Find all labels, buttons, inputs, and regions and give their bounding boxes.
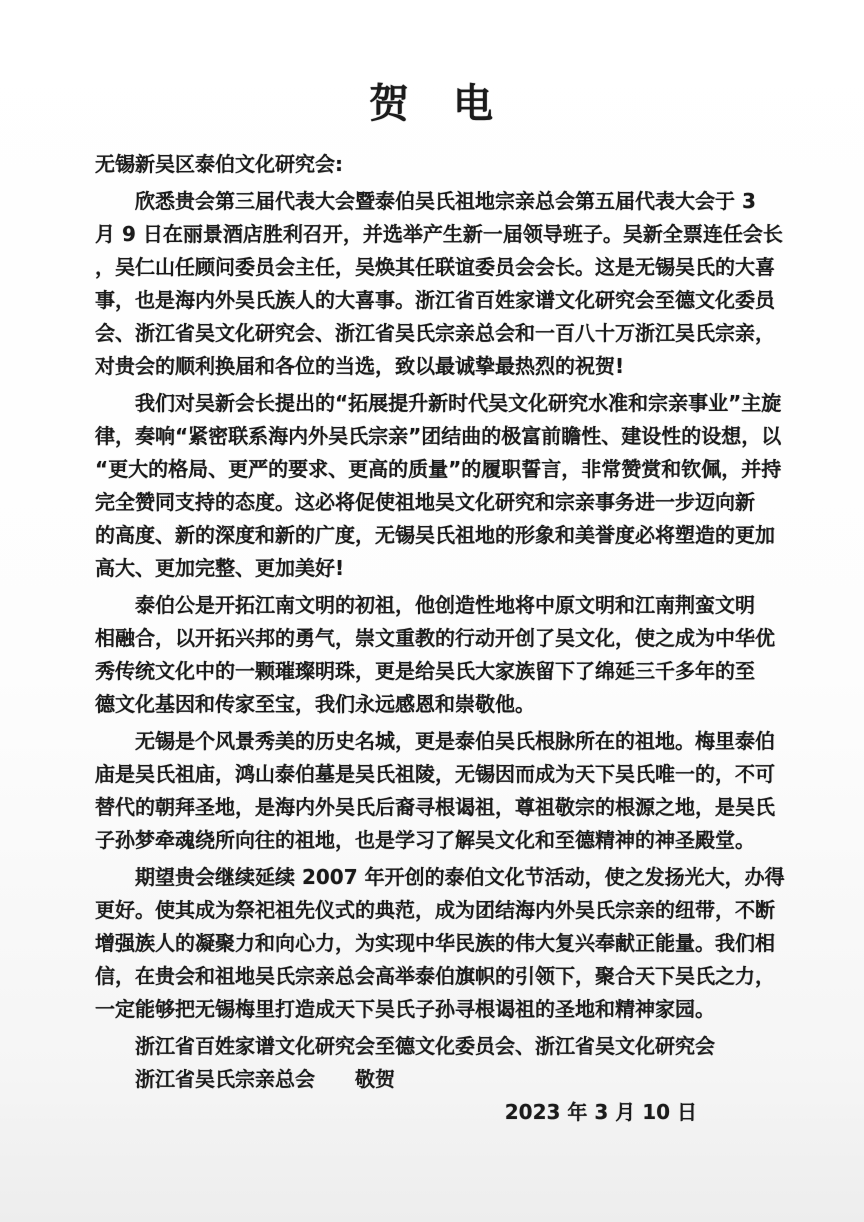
text-line: 一定能够把无锡梅里打造成天下吴氏子孙寻根谒祖的圣地和精神家园。 (95, 993, 776, 1026)
paragraph: 期望贵会继续延续 2007 年开创的泰伯文化节活动，使之发扬光大，办得更好。使其… (95, 861, 776, 1026)
text-line: 我们对吴新会长提出的“拓展提升新时代吴文化研究水准和宗亲事业”主旋 (95, 387, 776, 420)
text-line: “更大的格局、更严的要求、更高的质量”的履职誓言，非常赞赏和钦佩，并持 (95, 453, 776, 486)
salutation-line: 无锡新吴区泰伯文化研究会: (95, 148, 776, 181)
document-page: 贺 电 无锡新吴区泰伯文化研究会: 欣悉贵会第三届代表大会暨泰伯吴氏祖地宗亲总会… (0, 0, 864, 1222)
text-line: 德文化基因和传家至宝，我们永远感恩和崇敬他。 (95, 688, 776, 721)
date-line: 2023 年 3 月 10 日 (0, 1096, 864, 1129)
text-line: 月 9 日在丽景酒店胜利召开，并选举产生新一届领导班子。吴新全票连任会长 (95, 218, 776, 251)
document-content: 无锡新吴区泰伯文化研究会: 欣悉贵会第三届代表大会暨泰伯吴氏祖地宗亲总会第五届代… (95, 148, 776, 1096)
paragraph: 泰伯公是开拓江南文明的初祖，他创造性地将中原文明和江南荆蛮文明相融合，以开拓兴邦… (95, 589, 776, 721)
document-paragraphs: 欣悉贵会第三届代表大会暨泰伯吴氏祖地宗亲总会第五届代表大会于 3月 9 日在丽景… (95, 185, 776, 1026)
text-line: 欣悉贵会第三届代表大会暨泰伯吴氏祖地宗亲总会第五届代表大会于 3 (95, 185, 776, 218)
text-line: 替代的朝拜圣地，是海内外吴氏后裔寻根谒祖，尊祖敬宗的根源之地，是吴氏 (95, 791, 776, 824)
text-line: 期望贵会继续延续 2007 年开创的泰伯文化节活动，使之发扬光大，办得 (95, 861, 776, 894)
text-line: 高大、更加完整、更加美好! (95, 552, 776, 585)
text-line: 的高度、新的深度和新的广度，无锡吴氏祖地的形象和美誉度必将塑造的更加 (95, 519, 776, 552)
text-line: 会、浙江省吴文化研究会、浙江省吴氏宗亲总会和一百八十万浙江吴氏宗亲， (95, 317, 776, 350)
text-line: 泰伯公是开拓江南文明的初祖，他创造性地将中原文明和江南荆蛮文明 (95, 589, 776, 622)
text-line: 庙是吴氏祖庙，鸿山泰伯墓是吴氏祖陵，无锡因而成为天下吴氏唯一的，不可 (95, 758, 776, 791)
text-line: 无锡是个风景秀美的历史名城，更是泰伯吴氏根脉所在的祖地。梅里泰伯 (95, 725, 776, 758)
paragraph: 我们对吴新会长提出的“拓展提升新时代吴文化研究水准和宗亲事业”主旋律，奏响“紧密… (95, 387, 776, 585)
text-line: 律，奏响“紧密联系海内外吴氏宗亲”团结曲的极富前瞻性、建设性的设想，以 (95, 420, 776, 453)
document-title: 贺 电 (0, 0, 864, 124)
signature-line-organizations: 浙江省百姓家谱文化研究会至德文化委员会、浙江省吴文化研究会 (95, 1030, 776, 1063)
text-line: 秀传统文化中的一颗璀璨明珠，更是给吴氏大家族留下了绵延三千多年的至 (95, 655, 776, 688)
text-line: 对贵会的顺利换届和各位的当选，致以最诚挚最热烈的祝贺! (95, 350, 776, 383)
text-line: 事，也是海内外吴氏族人的大喜事。浙江省百姓家谱文化研究会至德文化委员 (95, 284, 776, 317)
text-line: 相融合，以开拓兴邦的勇气，崇文重教的行动开创了吴文化，使之成为中华优 (95, 622, 776, 655)
text-line: 子孙梦牵魂绕所向往的祖地，也是学习了解吴文化和至德精神的神圣殿堂。 (95, 824, 776, 857)
text-line: 增强族人的凝聚力和向心力，为实现中华民族的伟大复兴奉献正能量。我们相 (95, 927, 776, 960)
paragraph: 欣悉贵会第三届代表大会暨泰伯吴氏祖地宗亲总会第五届代表大会于 3月 9 日在丽景… (95, 185, 776, 383)
text-line: 完全赞同支持的态度。这必将促使祖地吴文化研究和宗亲事务进一步迈向新 (95, 486, 776, 519)
text-line: 更好。使其成为祭祀祖先仪式的典范，成为团结海内外吴氏宗亲的纽带，不断 (95, 894, 776, 927)
text-line: 信，在贵会和祖地吴氏宗亲总会高举泰伯旗帜的引领下，聚合天下吴氏之力， (95, 960, 776, 993)
paragraph: 无锡是个风景秀美的历史名城，更是泰伯吴氏根脉所在的祖地。梅里泰伯庙是吴氏祖庙，鸿… (95, 725, 776, 857)
signature-block: 浙江省百姓家谱文化研究会至德文化委员会、浙江省吴文化研究会 浙江省吴氏宗亲总会 … (95, 1030, 776, 1096)
signature-line-congratulations: 浙江省吴氏宗亲总会 敬贺 (95, 1063, 776, 1096)
text-line: ，吴仁山任顾问委员会主任，吴焕其任联谊委员会会长。这是无锡吴氏的大喜 (95, 251, 776, 284)
